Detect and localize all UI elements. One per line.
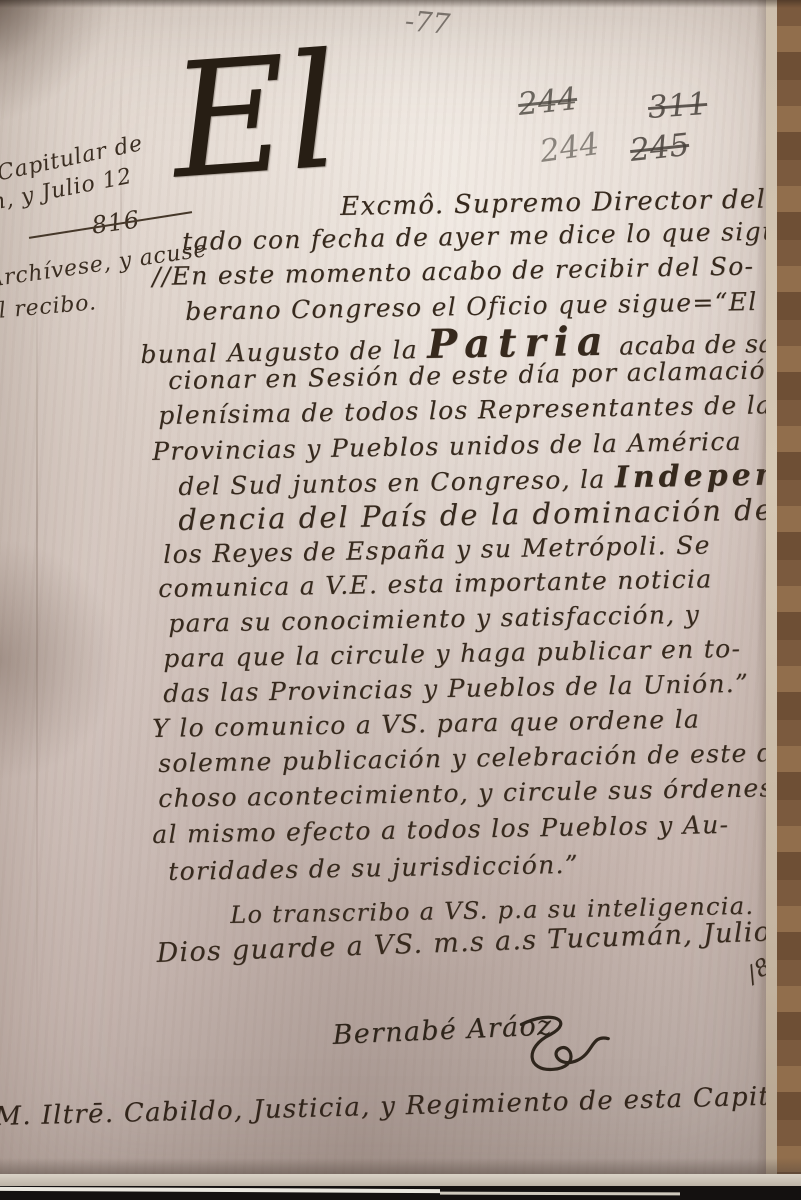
manuscript-line: al mismo efecto a todos los Pueblos y Au… bbox=[152, 810, 730, 849]
folio-number-struck: 245 bbox=[628, 127, 691, 169]
pencil-note: -77 bbox=[404, 4, 452, 41]
manuscript-line: para su conocimiento y satisfacción, y bbox=[168, 600, 700, 638]
bottom-light-band bbox=[0, 1174, 801, 1186]
signature-rubric-icon bbox=[500, 995, 621, 1094]
manuscript-line: das las Provincias y Pueblos de la Unión… bbox=[163, 669, 749, 708]
top-edge-shadow bbox=[0, 0, 801, 8]
manuscript-line: tado con fecha de ayer me dice lo que si… bbox=[182, 216, 801, 256]
folio-number-struck: 244 bbox=[516, 81, 579, 123]
manuscript-line: //En este momento acabo de recibir del S… bbox=[152, 251, 755, 291]
manuscript-line: comunica a V.E. esta importante noticia bbox=[158, 564, 713, 603]
folio-number-struck: 311 bbox=[647, 86, 709, 126]
manuscript-line: Y lo comunico a VS. para que ordene la bbox=[152, 704, 700, 743]
address-line: M. Iltrē. Cabildo, Justicia, y Regimient… bbox=[0, 1081, 801, 1132]
page-deckle-edge bbox=[766, 0, 777, 1200]
manuscript-line: solemne publicación y celebración de est… bbox=[158, 738, 793, 778]
manuscript-line: choso acontecimiento, y circule sus órde… bbox=[158, 773, 774, 813]
manuscript-line: toridades de su jurisdicción.” bbox=[168, 850, 579, 886]
paper-crease bbox=[36, 250, 38, 1070]
manuscript-line: Excmô. Supremo Director del Es- bbox=[340, 184, 801, 222]
binding-edge bbox=[777, 0, 801, 1200]
manuscript-line: para que la circule y haga publicar en t… bbox=[163, 634, 741, 673]
folio-number: 244 bbox=[538, 126, 602, 170]
bottom-paper-shadow bbox=[0, 1158, 801, 1174]
manuscript-line: plenísima de todos los Representantes de… bbox=[158, 390, 787, 430]
margin-instruction-line: el recibo. bbox=[0, 290, 98, 325]
manuscript-line: los Reyes de España y su Metrópoli. Se bbox=[163, 530, 711, 569]
drop-cap: El bbox=[167, 32, 343, 201]
manuscript-page: -77 244 311 244 245 la Capitular de mán,… bbox=[0, 0, 801, 1200]
